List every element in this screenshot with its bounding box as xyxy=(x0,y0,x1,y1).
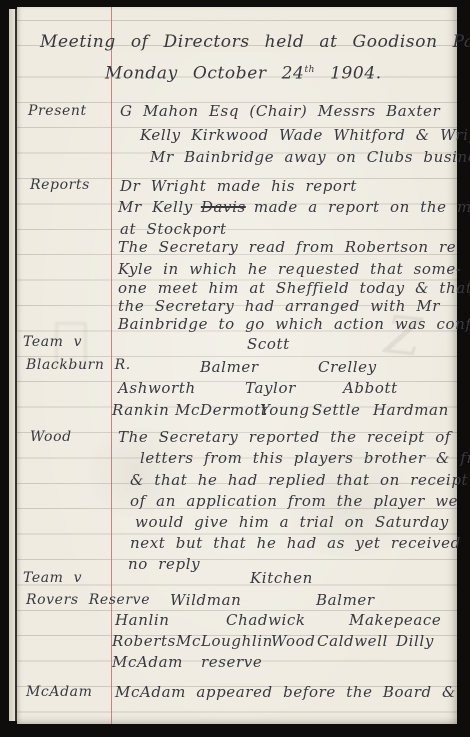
meeting-year-text: 1904. xyxy=(330,64,382,84)
margin-label-opponent: Rovers Reserve xyxy=(26,591,150,610)
player-name: Chadwick xyxy=(226,611,306,630)
player-name: McLoughlin xyxy=(176,632,273,651)
player-name: Scott xyxy=(247,335,290,354)
minutes-line: of an application from the player we xyxy=(130,492,458,511)
player-name: Balmer xyxy=(316,591,375,610)
meeting-title-line2: Monday October 24th 1904. xyxy=(105,61,382,84)
ledger-photo: Z Meeting of Directors held at Goodison … xyxy=(0,0,470,737)
player-name: McDermott xyxy=(175,401,268,420)
player-name: Balmer xyxy=(200,358,259,377)
meeting-date-text: Monday October 24 xyxy=(105,64,304,84)
minutes-line: G Mahon Esq (Chair) Messrs Baxter xyxy=(120,102,440,121)
minutes-line: no reply xyxy=(128,555,200,574)
minutes-line: The Secretary read from Robertson re xyxy=(118,238,456,257)
minutes-line: Dr Wright made his report xyxy=(120,177,357,196)
player-name: Young xyxy=(260,401,310,420)
minutes-line: letters from this players brother & frie… xyxy=(140,449,470,468)
minutes-line: would give him a trial on Saturday xyxy=(135,513,449,532)
minutes-line: McAdam appeared before the Board & xyxy=(115,683,456,702)
margin-label-wood: Wood xyxy=(30,428,72,447)
player-name: Wood xyxy=(271,632,315,651)
margin-label-team: Team v xyxy=(23,333,82,352)
player-name: Settle xyxy=(312,401,360,420)
minutes-line-with-correction: Mr KellyDavismade a report on the match xyxy=(118,198,470,217)
player-name: McAdam xyxy=(112,653,183,671)
page-binding-edge xyxy=(9,9,17,721)
date-ordinal-suffix: th xyxy=(304,65,315,75)
player-name: Hanlin xyxy=(115,611,170,630)
minute-book-page: Z Meeting of Directors held at Goodison … xyxy=(17,7,457,724)
player-name: Ashworth xyxy=(118,379,196,398)
player-name: Roberts xyxy=(112,632,176,651)
minutes-line: The Secretary reported the receipt of xyxy=(118,428,451,447)
player-name: Dilly xyxy=(396,632,434,651)
margin-label-mcadam: McAdam xyxy=(26,683,92,702)
minutes-line: Kyle in which he requested that some- xyxy=(118,260,462,279)
reserve-note: reserve xyxy=(201,653,262,671)
player-name: Rankin xyxy=(112,401,169,420)
player-name: Caldwell xyxy=(317,632,388,651)
line-text: Mr Kelly xyxy=(118,198,193,216)
minutes-line: next but that he had as yet received xyxy=(130,534,461,553)
margin-label-reports: Reports xyxy=(30,176,90,195)
margin-label-present: Present xyxy=(28,102,87,121)
player-name: Hardman xyxy=(373,401,449,420)
player-name: Abbott xyxy=(343,379,398,398)
struck-out-word: Davis xyxy=(201,198,246,216)
minutes-line: at Stockport xyxy=(120,220,227,239)
minutes-line: & that he had replied that on receipt xyxy=(130,471,468,490)
player-name: Crelley xyxy=(318,358,377,377)
minutes-line: one meet him at Sheffield today & that xyxy=(118,279,470,298)
player-name: Kitchen xyxy=(250,569,313,588)
minutes-line: the Secretary had arranged with Mr xyxy=(118,297,440,316)
margin-label-opponent: Blackburn R. xyxy=(26,356,131,375)
minutes-line: Kelly Kirkwood Wade Whitford & Wright xyxy=(140,126,470,145)
player-name: Wildman xyxy=(170,591,241,610)
reserve-player-line: McAdamreserve xyxy=(112,653,262,672)
meeting-title-line1: Meeting of Directors held at Goodison Pa… xyxy=(40,33,470,52)
minutes-line: Mr Bainbridge away on Clubs business xyxy=(150,148,470,167)
line-text: made a report on the match xyxy=(254,198,470,216)
player-name: Makepeace xyxy=(349,611,441,630)
player-name: Taylor xyxy=(245,379,296,398)
minutes-line: Bainbridge to go which action was confir… xyxy=(118,315,470,334)
margin-label-team: Team v xyxy=(23,569,82,588)
